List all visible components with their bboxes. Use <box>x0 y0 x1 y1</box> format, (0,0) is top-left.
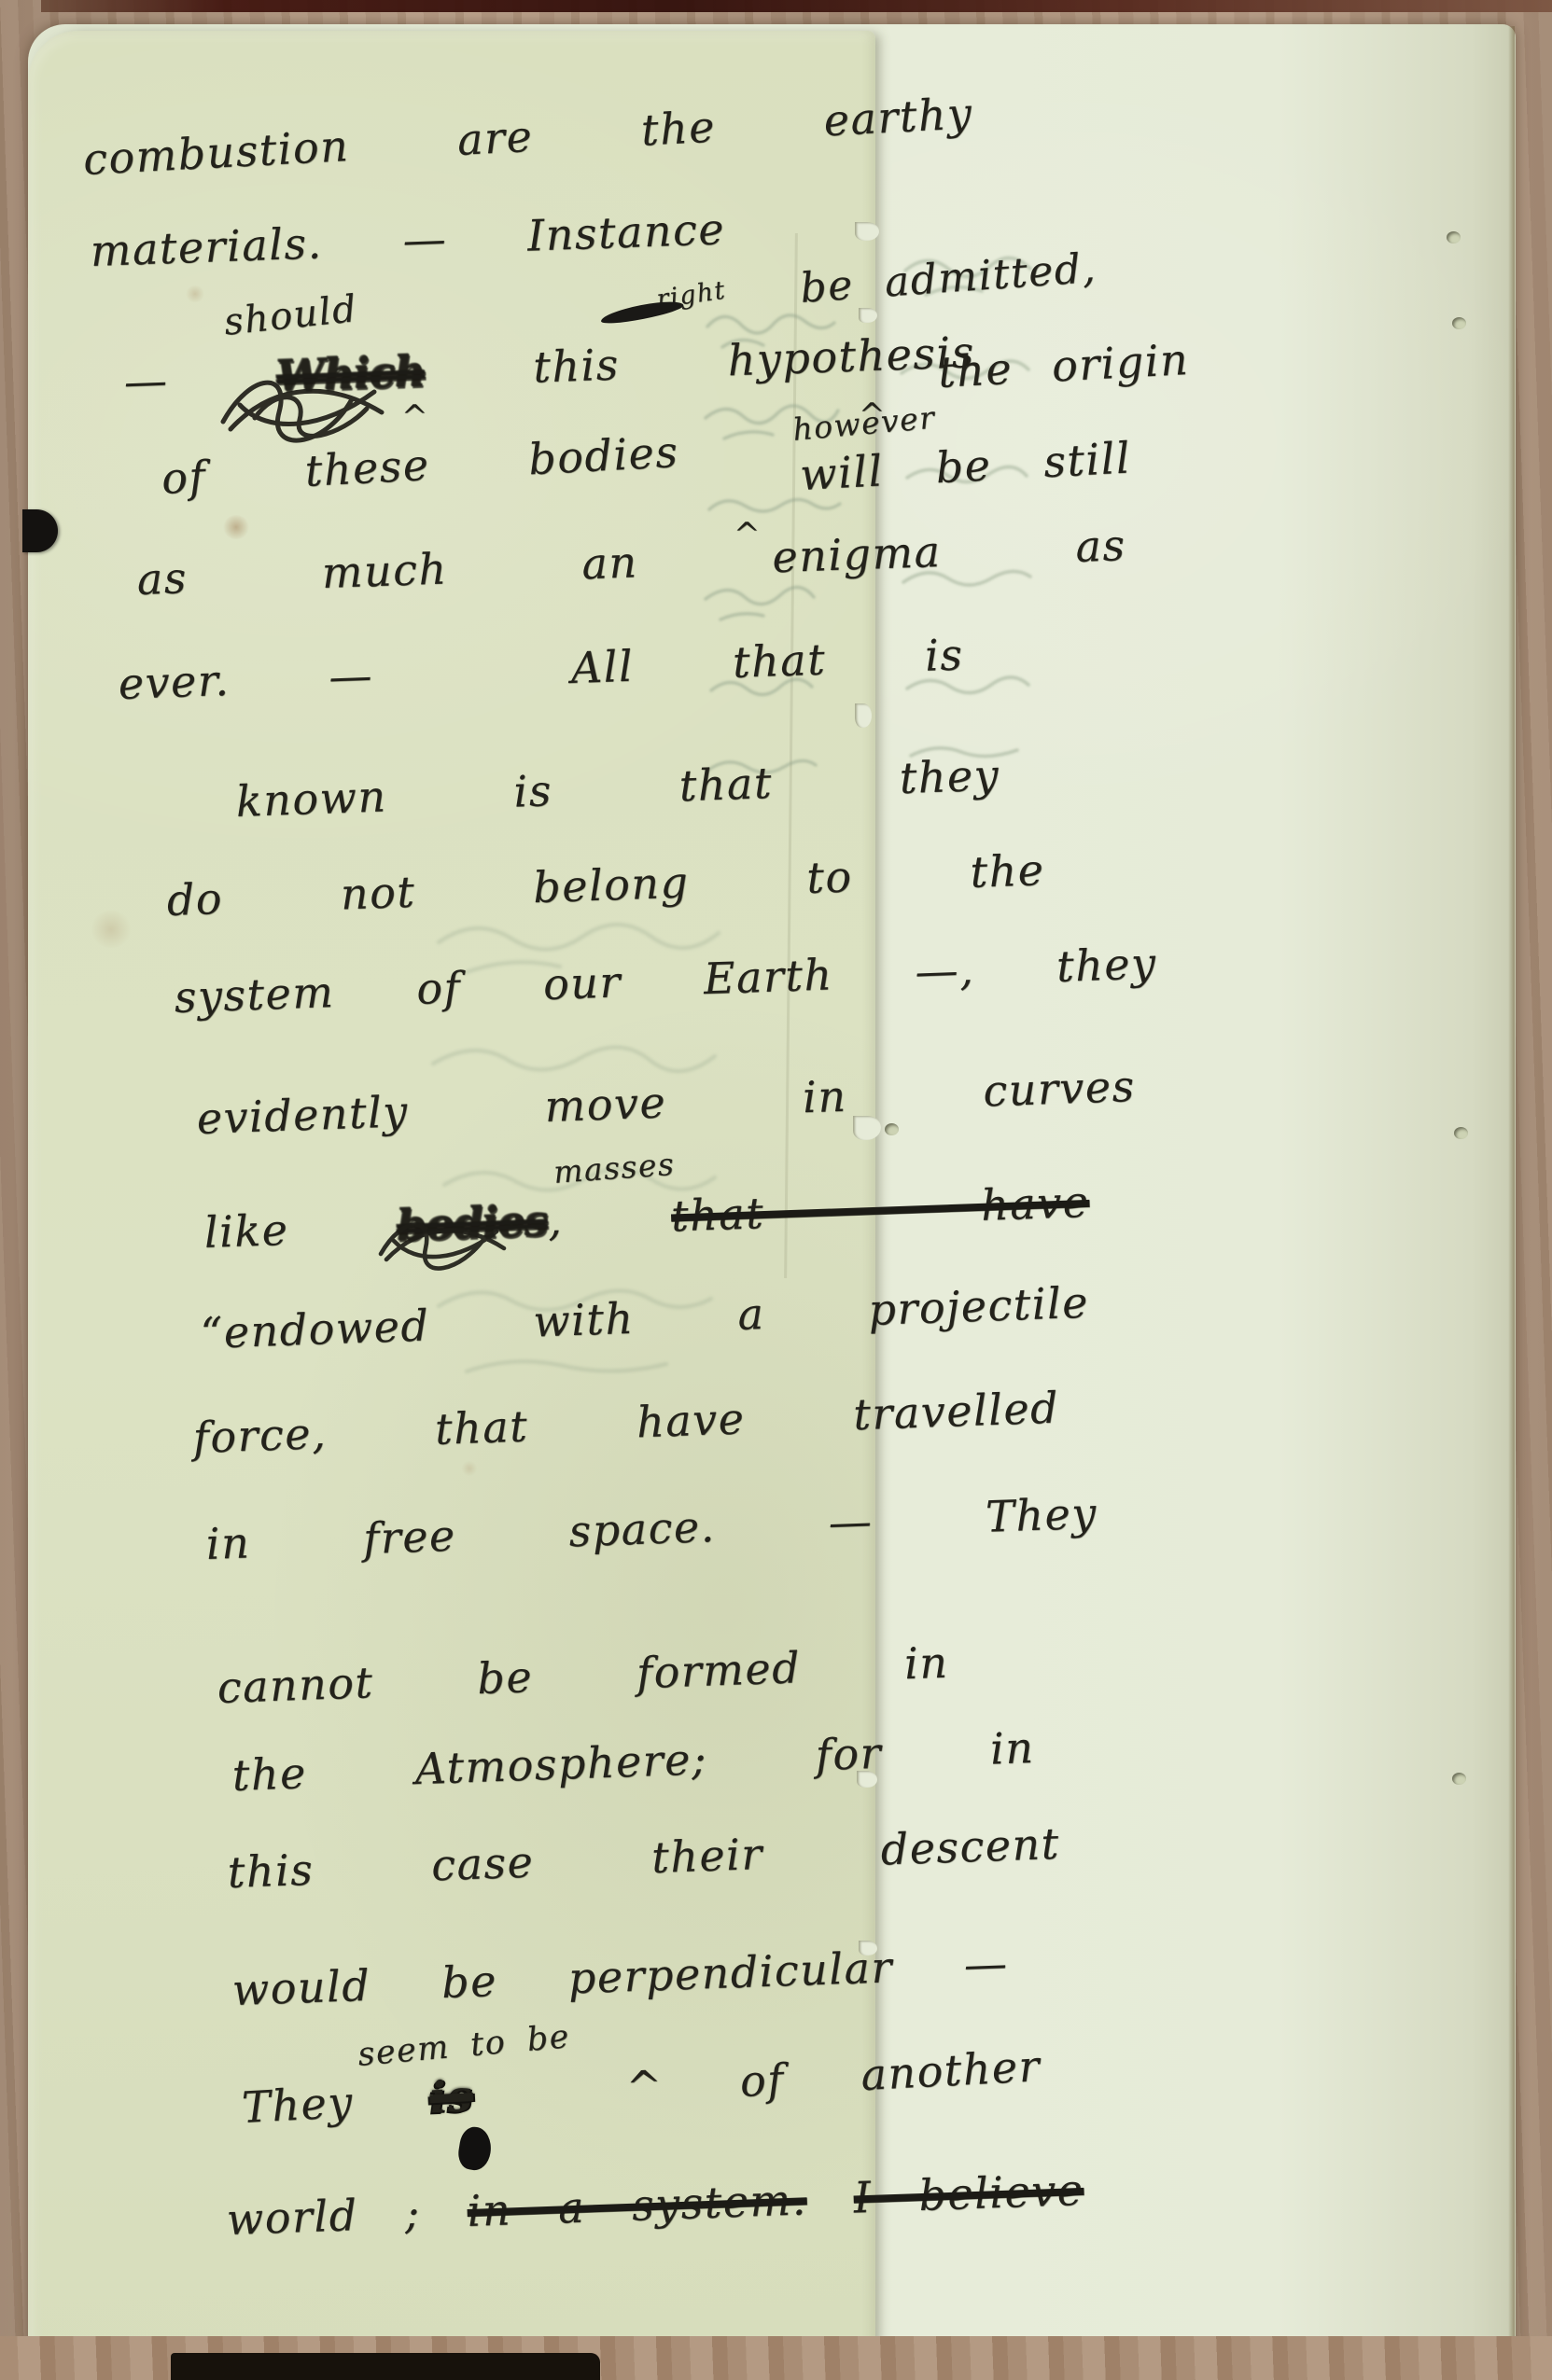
manuscript-word: cannot be formed in <box>217 1637 949 1713</box>
deleted-word: I believe <box>853 2164 1085 2223</box>
paper-chip <box>859 308 877 323</box>
manuscript-word: force, that have travelled <box>192 1383 1060 1463</box>
manuscript-line: known is that they <box>235 753 1000 823</box>
manuscript-line: the Atmosphere; for in <box>231 1726 1035 1797</box>
stain <box>90 911 133 948</box>
pin-hole <box>1452 1773 1466 1785</box>
stain <box>461 1461 478 1476</box>
manuscript-word: materials. — Instance <box>90 203 726 276</box>
manuscript-word: of these bodies <box>161 426 680 504</box>
manuscript-word <box>806 2173 855 2225</box>
manuscript-word: combustion are the earthy <box>82 88 974 185</box>
manuscript-line: be admitted, <box>799 248 1098 310</box>
manuscript-line: system of our Earth —, they <box>174 941 1157 1019</box>
manuscript-word: like <box>203 1201 398 1258</box>
manuscript-word: should <box>222 287 360 344</box>
manuscript-word: as much an enigma as <box>136 520 1127 605</box>
manuscript-word: ever. — All that is <box>118 629 964 709</box>
manuscript-line: would be perpendicular — <box>231 1942 1009 2011</box>
manuscript-word: would be perpendicular — <box>231 1938 1009 2015</box>
manuscript-word: seem to be <box>357 2018 572 2074</box>
pin-hole <box>885 1123 899 1135</box>
manuscript-line: evidently move in curves <box>196 1065 1136 1140</box>
manuscript-word: ^ <box>401 398 429 436</box>
manuscript-word: — <box>123 351 277 407</box>
paper-chip <box>857 1771 877 1788</box>
manuscript-line: however <box>791 402 937 445</box>
paper-chip <box>855 222 879 241</box>
manuscript-word: be admitted, <box>799 244 1098 313</box>
scanned-manuscript-page: combustion are the earthymaterials. — In… <box>0 0 1552 2380</box>
manuscript-line: ^ <box>401 401 429 433</box>
deleted-word: is <box>428 2070 474 2123</box>
manuscript-word: this hypothesis <box>424 327 975 397</box>
manuscript-word: known is that they <box>235 749 1000 827</box>
manuscript-word: the Atmosphere; for in <box>231 1722 1035 1801</box>
manuscript-word: evidently move in curves <box>196 1061 1137 1144</box>
stain <box>185 285 205 302</box>
manuscript-word: , <box>547 1191 672 1246</box>
manuscript-line: do not belong to the <box>166 848 1045 922</box>
manuscript-line: will be still <box>799 436 1132 496</box>
manuscript-line: world ; in a system. I believe <box>226 2168 1084 2241</box>
manuscript-word: They <box>241 2072 431 2132</box>
manuscript-line: as much an enigma as <box>136 523 1126 601</box>
pin-hole <box>1452 317 1466 329</box>
manuscript-line: the origin <box>937 338 1190 394</box>
bottom-black-strip <box>171 2353 600 2380</box>
manuscript-line: of these bodies <box>161 430 679 500</box>
manuscript-word: masses <box>552 1146 677 1190</box>
manuscript-word: do not belong to the <box>166 844 1045 926</box>
manuscript-line: combustion are the earthy <box>82 91 973 181</box>
manuscript-line: seem to be <box>357 2021 571 2072</box>
paper-chip <box>855 703 872 728</box>
manuscript-line: should <box>222 290 359 341</box>
manuscript-word: however <box>791 399 937 448</box>
stain <box>222 515 250 539</box>
deleted-word: Which <box>275 346 426 402</box>
manuscript-line: this case their descent <box>227 1822 1060 1894</box>
deleted-word: bodies <box>396 1195 548 1251</box>
manuscript-line: masses <box>552 1148 676 1188</box>
manuscript-line: ever. — All that is <box>118 633 964 705</box>
manuscript-word: “endowed with a projectile <box>200 1277 1090 1358</box>
manuscript-line: in free space. — They <box>205 1492 1098 1566</box>
manuscript-text: combustion are the earthymaterials. — In… <box>0 0 1552 2380</box>
paper-chip <box>859 1941 877 1955</box>
manuscript-word: in free space. — They <box>205 1488 1098 1569</box>
manuscript-word: world ; <box>226 2186 468 2245</box>
pin-hole <box>1454 1127 1468 1139</box>
manuscript-word: system of our Earth —, they <box>174 938 1157 1023</box>
deleted-word: that have <box>670 1176 1090 1242</box>
manuscript-line: “endowed with a projectile <box>200 1281 1090 1355</box>
manuscript-line: like bodies, that have <box>203 1180 1090 1254</box>
deleted-word: in a system. <box>467 2174 808 2236</box>
manuscript-line: force, that have travelled <box>192 1386 1060 1459</box>
manuscript-word: this case their descent <box>227 1818 1061 1898</box>
manuscript-line: materials. — Instance <box>90 207 726 272</box>
manuscript-word: the origin <box>937 334 1191 397</box>
pin-hole <box>1447 231 1461 244</box>
manuscript-line: cannot be formed in <box>217 1641 949 1709</box>
